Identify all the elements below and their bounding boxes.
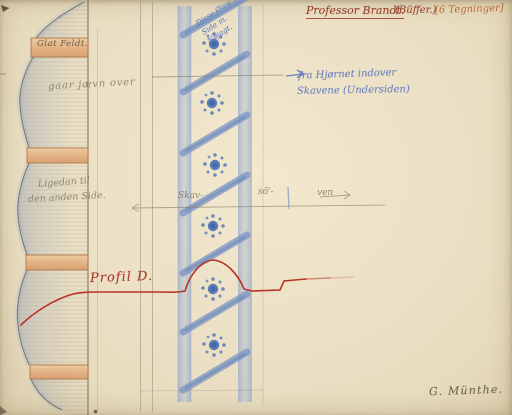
column-profile-drawing bbox=[17, 0, 88, 415]
rosette-icon bbox=[202, 333, 226, 357]
signature: G. Münthe. bbox=[429, 384, 504, 399]
column-band-label: Glat Feldt. bbox=[37, 40, 88, 49]
measure-label-so: sö'- bbox=[258, 188, 274, 198]
blue-note-line2: Skavene (Undersiden) bbox=[297, 84, 410, 97]
rosette-icon bbox=[203, 153, 227, 177]
drawing-sheet: Professor Brandt. (Büffer.) [6 Tegninger… bbox=[0, 0, 512, 415]
rosette-icon bbox=[200, 91, 224, 115]
measure-label-skav: Skav- bbox=[178, 192, 203, 202]
title-buffer-note: (Büffer.) bbox=[395, 5, 436, 16]
title-inscription: Professor Brandt. bbox=[306, 5, 404, 19]
drawing-canvas bbox=[0, 0, 512, 415]
blue-tick-mark bbox=[288, 187, 289, 209]
measure-label-ven: ven bbox=[317, 189, 333, 199]
rosette-icon bbox=[201, 214, 225, 238]
profile-label: Profil D. bbox=[90, 270, 154, 286]
rosette-icon bbox=[201, 277, 225, 301]
